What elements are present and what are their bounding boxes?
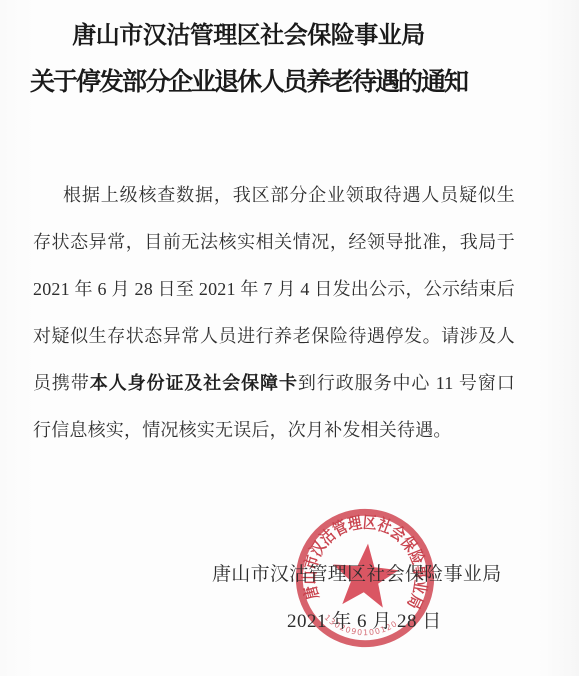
body-line-6: 行信息核实，情况核实无误后，次月补发相关待遇。 [33, 407, 515, 454]
body-line-1: 根据上级核查数据，我区部分企业领取待遇人员疑似生 [33, 172, 515, 219]
issuer-signature: 唐山市汉沽管理区社会保险事业局 [212, 559, 502, 586]
body-line-5: 员携带本人身份证及社会保障卡到行政服务中心 11 号窗口进 [33, 360, 515, 407]
document-title-line-2: 关于停发部分企业退休人员养老待遇的通知 [7, 62, 490, 98]
notice-body: 根据上级核查数据，我区部分企业领取待遇人员疑似生 存状态异常，目前无法核实相关情… [33, 172, 515, 454]
issue-date: 2021 年 6 月 28 日 [287, 606, 442, 633]
body-line-5-prefix: 员携带 [33, 373, 90, 393]
body-line-4: 对疑似生存状态异常人员进行养老保险待遇停发。请涉及人 [33, 313, 515, 360]
body-line-3: 2021 年 6 月 28 日至 2021 年 7 月 4 日发出公示，公示结束… [33, 266, 515, 313]
body-line-2: 存状态异常，目前无法核实相关情况，经领导批准，我局于 [33, 219, 515, 266]
document-page: 唐山市汉沽管理区社会保险事业局 关于停发部分企业退休人员养老待遇的通知 根据上级… [0, 0, 579, 676]
body-line-5-bold-segment: 本人身份证及社会保障卡 [90, 373, 298, 393]
document-title-line-1: 唐山市汉沽管理区社会保险事业局 [7, 15, 490, 50]
